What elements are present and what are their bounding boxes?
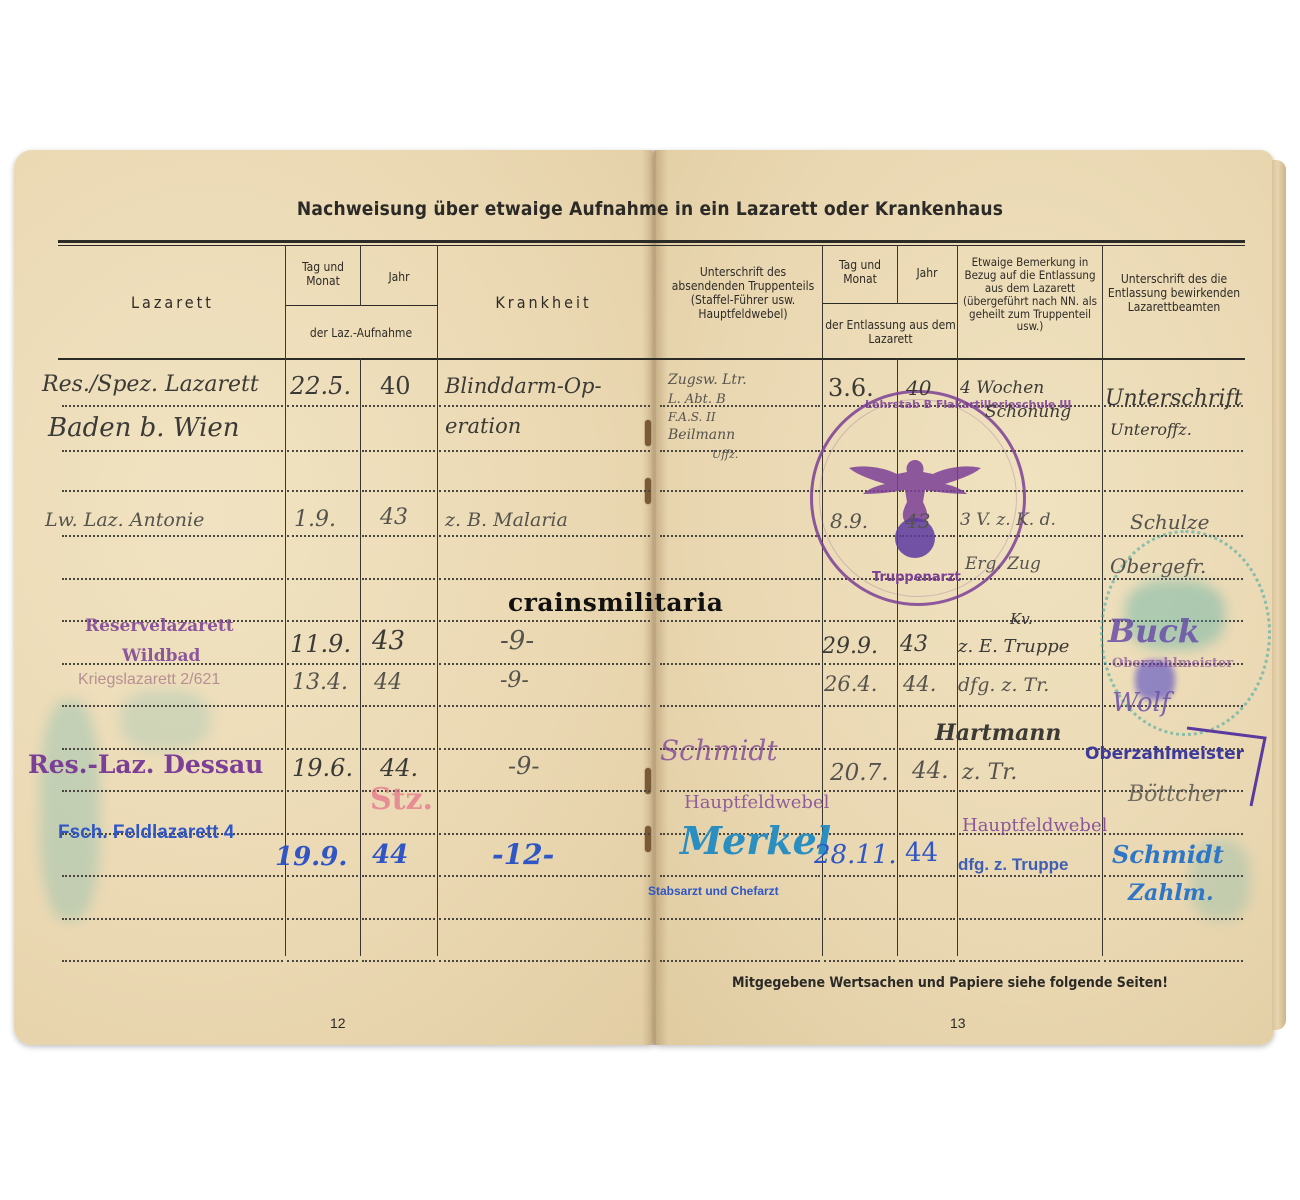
dotted-ruling-line bbox=[439, 490, 650, 492]
dotted-ruling-line bbox=[660, 620, 820, 622]
row5-bemerkung-stamp: Hauptfeldwebel bbox=[962, 815, 1107, 836]
row6-lazarettbeamter-line1: Schmidt bbox=[1112, 840, 1224, 869]
staple-icon bbox=[645, 826, 651, 852]
watermark-text: crainsmilitaria bbox=[508, 588, 723, 617]
row2-lazarettbeamter-line2: Obergefr. bbox=[1110, 554, 1206, 578]
dotted-ruling-line bbox=[362, 620, 435, 622]
row1-aufnahme-tag-monat: 22.5. bbox=[290, 372, 351, 400]
dotted-ruling-line bbox=[824, 705, 895, 707]
dotted-ruling-line bbox=[824, 620, 895, 622]
table-top-rule-thin bbox=[58, 245, 1245, 246]
row1-unterschrift-line5: Uffz. bbox=[712, 448, 738, 461]
dotted-ruling-line bbox=[62, 705, 283, 707]
dotted-ruling-line bbox=[660, 705, 820, 707]
eagle-emblem-icon bbox=[845, 450, 985, 560]
header-unterschrift-truppenteil: Unterschrift des absendenden Truppenteil… bbox=[668, 265, 818, 322]
row3-lazarett-stamp-line1: Reservelazarett bbox=[85, 616, 234, 636]
dotted-ruling-line bbox=[439, 833, 650, 835]
dotted-ruling-line bbox=[62, 405, 283, 407]
column-divider bbox=[957, 246, 958, 956]
dotted-ruling-line bbox=[824, 960, 895, 962]
row5-unterschrift-stamp: Hauptfeldwebel bbox=[684, 792, 829, 813]
row5-bemerkung: z. Tr. bbox=[962, 760, 1017, 785]
dotted-ruling-line bbox=[439, 918, 650, 920]
row1-bemerkung-line2: Schonung bbox=[985, 402, 1071, 422]
dotted-ruling-line bbox=[899, 620, 955, 622]
row6-lazarettbeamter-line2: Zahlm. bbox=[1128, 880, 1214, 906]
row4-lazarettbeamter-signature: Wolf bbox=[1112, 688, 1171, 718]
header-krankheit: Krankheit bbox=[437, 294, 650, 313]
dotted-ruling-line bbox=[287, 918, 358, 920]
dotted-ruling-line bbox=[439, 578, 650, 580]
row1-lazarett-line2: Baden b. Wien bbox=[48, 413, 240, 443]
row2-lazarettbeamter-line1: Schulze bbox=[1130, 510, 1209, 534]
table-top-rule bbox=[58, 240, 1245, 243]
row3-bemerkung: z. E. Truppe bbox=[958, 636, 1069, 657]
dotted-ruling-line bbox=[959, 960, 1100, 962]
row3-entlassung-tag-monat: 29.9. bbox=[822, 634, 878, 659]
row6-unterschrift-signature: Merkel bbox=[680, 818, 831, 863]
row6-unterschrift-stamp: Stabsarzt und Chefarzt bbox=[648, 884, 779, 898]
row1-entlassung-jahr: 40 bbox=[906, 376, 931, 400]
row3-lazarettbeamter-signature: Buck bbox=[1108, 612, 1200, 650]
row6-aufnahme-jahr: 44 bbox=[372, 840, 408, 870]
page-number-right: 13 bbox=[950, 1015, 966, 1031]
row6-aufnahme-tag-monat: 19.9. bbox=[275, 842, 347, 872]
page-title: Nachweisung über etwaige Aufnahme in ein… bbox=[0, 198, 1300, 220]
dotted-ruling-line bbox=[660, 450, 820, 452]
dotted-ruling-line bbox=[439, 790, 650, 792]
row4-aufnahme-tag-monat: 13.4. bbox=[292, 670, 348, 695]
row1-krankheit-line2: eration bbox=[445, 414, 521, 438]
dotted-ruling-line bbox=[62, 875, 283, 877]
row2-aufnahme-tag-monat: 1.9. bbox=[294, 507, 336, 532]
dotted-ruling-line bbox=[1104, 875, 1243, 877]
dotted-ruling-line bbox=[362, 918, 435, 920]
row1-unterschrift-line2: L. Abt. B bbox=[668, 392, 726, 407]
dotted-ruling-line bbox=[824, 918, 895, 920]
dotted-ruling-line bbox=[1104, 960, 1243, 962]
dotted-ruling-line bbox=[287, 578, 358, 580]
round-stamp-bottom-text: Truppenarzt bbox=[872, 570, 961, 585]
row1-lazarettbeamter-line2: Unteroffz. bbox=[1110, 420, 1192, 439]
dotted-ruling-line bbox=[362, 663, 435, 665]
dotted-ruling-line bbox=[824, 875, 895, 877]
row1-unterschrift-line1: Zugsw. Ltr. bbox=[668, 372, 747, 388]
dotted-ruling-line bbox=[439, 705, 650, 707]
dotted-ruling-line bbox=[362, 578, 435, 580]
dotted-ruling-line bbox=[362, 833, 435, 835]
dotted-ruling-line bbox=[824, 663, 895, 665]
row1-lazarettbeamter-line1: Unterschrift bbox=[1105, 386, 1242, 411]
dotted-ruling-line bbox=[62, 535, 283, 537]
ink-smudge bbox=[40, 700, 100, 920]
dotted-ruling-line bbox=[899, 705, 955, 707]
row2-bemerkung-line2: Erg. Zug bbox=[965, 554, 1041, 574]
row3-aufnahme-tag-monat: 11.9. bbox=[290, 630, 351, 658]
row6-krankheit: -12- bbox=[492, 838, 554, 871]
row1-unterschrift-line4: Beilmann bbox=[668, 427, 735, 443]
row4-lazarett-stamp: Kriegslazarett 2/621 bbox=[78, 671, 220, 689]
dotted-ruling-line bbox=[439, 748, 650, 750]
dotted-ruling-line bbox=[660, 490, 820, 492]
row4-aufnahme-jahr: 44 bbox=[374, 670, 402, 695]
dotted-ruling-line bbox=[660, 918, 820, 920]
dotted-ruling-line bbox=[959, 918, 1100, 920]
dotted-ruling-line bbox=[899, 918, 955, 920]
header-bottom-rule bbox=[58, 358, 1245, 360]
header-entlassung-sub: der Entlassung aus dem Lazarett bbox=[824, 318, 957, 346]
dotted-ruling-line bbox=[899, 663, 955, 665]
row1-unterschrift-line3: F.A.S. II bbox=[668, 410, 716, 424]
header-aufnahme-tag-monat: Tag und Monat bbox=[287, 260, 359, 288]
row5-unterschrift-signature: Schmidt bbox=[660, 734, 778, 767]
red-mark-stamp: Stz. bbox=[370, 782, 433, 817]
dotted-ruling-line bbox=[287, 833, 358, 835]
dotted-ruling-line bbox=[439, 960, 650, 962]
row6-entlassung-tag-monat: 28.11. bbox=[814, 840, 897, 870]
row5-lazarett-stamp: Res.-Laz. Dessau bbox=[28, 750, 263, 779]
row2-entlassung-tag-monat: 8.9. bbox=[830, 509, 868, 533]
row2-aufnahme-jahr: 43 bbox=[380, 505, 408, 530]
row3-bemerkung-line0: Kv. bbox=[1010, 610, 1033, 628]
dotted-ruling-line bbox=[287, 490, 358, 492]
dotted-ruling-line bbox=[660, 535, 820, 537]
dotted-ruling-line bbox=[62, 960, 283, 962]
header-entlassung-jahr: Jahr bbox=[898, 266, 956, 280]
dotted-ruling-line bbox=[287, 748, 358, 750]
dotted-ruling-line bbox=[959, 705, 1100, 707]
column-divider bbox=[437, 246, 438, 956]
dotted-ruling-line bbox=[362, 535, 435, 537]
dotted-ruling-line bbox=[439, 663, 650, 665]
dotted-ruling-line bbox=[287, 705, 358, 707]
dotted-ruling-line bbox=[959, 790, 1100, 792]
row4-bemerkung: dfg. z. Tr. bbox=[958, 674, 1049, 696]
dotted-ruling-line bbox=[899, 833, 955, 835]
dotted-ruling-line bbox=[287, 960, 358, 962]
dotted-ruling-line bbox=[899, 875, 955, 877]
header-unterschrift-lazarettbeamter: Unterschrift des die Entlassung bewirken… bbox=[1106, 272, 1242, 314]
purple-stroke-mark bbox=[1185, 720, 1270, 810]
footer-note: Mitgegebene Wertsachen und Papiere siehe… bbox=[660, 975, 1240, 991]
dotted-ruling-line bbox=[899, 748, 955, 750]
dotted-ruling-line bbox=[899, 960, 955, 962]
row1-aufnahme-jahr: 40 bbox=[380, 372, 411, 400]
row4-entlassung-jahr: 44. bbox=[903, 672, 936, 696]
dotted-ruling-line bbox=[287, 620, 358, 622]
header-entlassung-tag-monat: Tag und Monat bbox=[824, 258, 896, 286]
staple-icon bbox=[645, 420, 651, 446]
dotted-ruling-line bbox=[62, 918, 283, 920]
row2-bemerkung-line1: 3 V. z. K. d. bbox=[960, 510, 1056, 530]
row6-entlassung-jahr: 44 bbox=[905, 838, 938, 868]
dotted-ruling-line bbox=[1104, 450, 1243, 452]
row3-entlassung-jahr: 43 bbox=[900, 632, 928, 657]
dotted-ruling-line bbox=[959, 748, 1100, 750]
row1-lazarett-line1: Res./Spez. Lazarett bbox=[42, 372, 259, 397]
dotted-ruling-line bbox=[899, 790, 955, 792]
dotted-ruling-line bbox=[362, 960, 435, 962]
dotted-ruling-line bbox=[660, 875, 820, 877]
subheader-rule-left bbox=[285, 305, 437, 306]
dotted-ruling-line bbox=[439, 535, 650, 537]
dotted-ruling-line bbox=[439, 450, 650, 452]
dotted-ruling-line bbox=[660, 960, 820, 962]
dotted-ruling-line bbox=[287, 450, 358, 452]
row4-entlassung-tag-monat: 26.4. bbox=[824, 672, 877, 696]
row4-krankheit: -9- bbox=[500, 668, 529, 693]
dotted-ruling-line bbox=[62, 450, 283, 452]
row5-entlassung-jahr: 44. bbox=[912, 758, 949, 784]
dotted-ruling-line bbox=[287, 663, 358, 665]
subheader-rule-right bbox=[822, 303, 957, 304]
row6-bemerkung-stamp: dfg. z. Truppe bbox=[958, 855, 1069, 875]
dotted-ruling-line bbox=[287, 790, 358, 792]
row5-aufnahme-jahr: 44. bbox=[380, 754, 418, 782]
header-aufnahme-sub: der Laz.-Aufnahme bbox=[285, 326, 437, 340]
dotted-ruling-line bbox=[362, 875, 435, 877]
dotted-ruling-line bbox=[439, 405, 650, 407]
dotted-ruling-line bbox=[62, 790, 283, 792]
dotted-ruling-line bbox=[362, 405, 435, 407]
row3-lazarett-stamp-line2: Wildbad bbox=[122, 646, 200, 666]
dotted-ruling-line bbox=[439, 620, 650, 622]
header-aufnahme-jahr: Jahr bbox=[361, 270, 437, 284]
dotted-ruling-line bbox=[1104, 490, 1243, 492]
column-divider bbox=[1102, 246, 1103, 956]
row5-bemerkung-signature: Hartmann bbox=[935, 720, 1061, 746]
dotted-ruling-line bbox=[824, 833, 895, 835]
dotted-ruling-line bbox=[959, 875, 1100, 877]
dotted-ruling-line bbox=[362, 748, 435, 750]
dotted-ruling-line bbox=[62, 490, 283, 492]
dotted-ruling-line bbox=[362, 490, 435, 492]
dotted-ruling-line bbox=[439, 875, 650, 877]
dotted-ruling-line bbox=[824, 790, 895, 792]
dotted-ruling-line bbox=[660, 663, 820, 665]
row1-bemerkung-line1: 4 Wochen bbox=[960, 378, 1044, 398]
header-bemerkung: Etwaige Bemerkung in Bezug auf die Entla… bbox=[960, 256, 1100, 333]
page-number-left: 12 bbox=[330, 1015, 346, 1031]
header-lazarett: Lazarett bbox=[60, 294, 285, 313]
page-edges bbox=[1272, 160, 1286, 1030]
dotted-ruling-line bbox=[959, 663, 1100, 665]
dotted-ruling-line bbox=[287, 875, 358, 877]
row5-aufnahme-tag-monat: 19.6. bbox=[292, 754, 353, 782]
row2-krankheit: z. B. Malaria bbox=[445, 509, 568, 531]
dotted-ruling-line bbox=[287, 405, 358, 407]
row2-lazarett: Lw. Laz. Antonie bbox=[45, 509, 204, 531]
dotted-ruling-line bbox=[362, 705, 435, 707]
row2-entlassung-jahr: 43 bbox=[905, 509, 930, 533]
dotted-ruling-line bbox=[62, 578, 283, 580]
row5-entlassung-tag-monat: 20.7. bbox=[830, 760, 889, 786]
dotted-ruling-line bbox=[1104, 918, 1243, 920]
row1-krankheit-line1: Blinddarm-Op- bbox=[445, 374, 602, 398]
dotted-ruling-line bbox=[660, 578, 820, 580]
row1-entlassung-tag-monat: 3.6. bbox=[828, 374, 874, 402]
ink-smudge bbox=[120, 690, 210, 750]
dotted-ruling-line bbox=[287, 535, 358, 537]
dotted-ruling-line bbox=[362, 450, 435, 452]
column-divider bbox=[360, 358, 361, 956]
row3-lazarettbeamter-stamp: Oberzahlmeister bbox=[1112, 656, 1233, 671]
row6-lazarett-stamp: Fsch. Feldlazarett 4 bbox=[58, 822, 234, 844]
row3-aufnahme-jahr: 43 bbox=[372, 626, 405, 656]
row3-krankheit: -9- bbox=[500, 626, 534, 656]
dotted-ruling-line bbox=[1104, 833, 1243, 835]
row5-krankheit: -9- bbox=[508, 752, 540, 780]
dotted-ruling-line bbox=[824, 748, 895, 750]
